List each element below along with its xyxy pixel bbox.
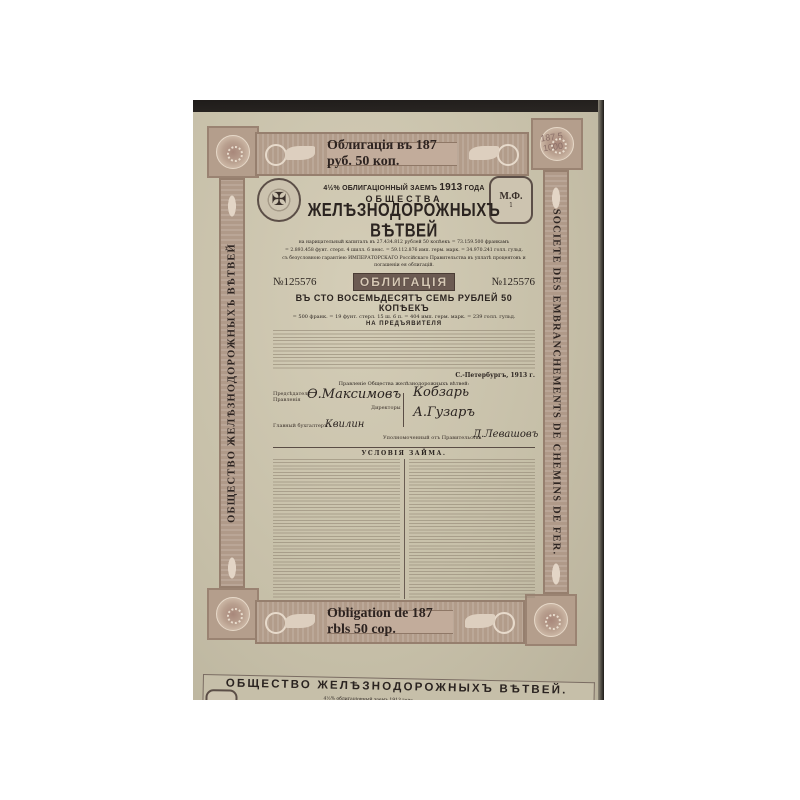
right-side-text: SOCIETE DES EMBRANCHEMENTS DE CHEMINS DE… [551,209,562,556]
scroll-ornament-icon [263,140,319,168]
company-name: ЖЕЛѢЗНОДОРОЖНЫХЪ ВѢТВЕЙ [273,201,535,242]
capital-line: = 2.893.458 фунт. стерл. 4 шилл. 6 пенс.… [273,247,535,254]
director-signature-1: Кобзарь [413,385,469,400]
guarantee-line: съ безусловною гарантіею ИМПЕРАТОРСКАГО … [273,255,535,269]
serial-number-left: №125576 [273,276,317,288]
chairman-label: Предсѣдатель Правленія [273,391,301,403]
accountant-signature: Квилин [325,419,364,430]
loan-title: 4½% ОБЛИГАЦІОННЫЙ ЗАЕМЪ 1913 ГОДА [273,182,535,193]
currency-equivalents: = 500 франк. = 19 фунт. стерл. 15 ш. 6 п… [273,314,535,320]
coupon-subtitle: 4½% облигаціонный заемъ 1913 года. [323,697,414,700]
bond-body: 4½% ОБЛИГАЦІОННЫЙ ЗАЕМЪ 1913 ГОДА ОБЩЕСТ… [273,180,535,599]
fine-print-paragraphs [273,330,535,370]
left-side-text: ОБЩЕСТВО ЖЕЛѢЗНОДОРОЖНЫХЪ ВѢТВЕЙ [227,243,238,523]
obligation-heading: ОБЛИГАЦІЯ [353,273,455,291]
top-band-text: Облигація въ 187 руб. 50 коп. [327,142,457,166]
paper-edge-shadow [598,100,604,700]
chief-accountant-label: Главный бухгалтеръ [273,423,327,429]
director-signature-2: А.Гузаръ [413,405,475,420]
coupon-stub: ОБЩЕСТВО ЖЕЛѢЗНОДОРОЖНЫХЪ ВѢТВЕЙ. 4½% об… [202,674,595,700]
corner-rosette-top-left [207,126,259,178]
corner-rosette-bottom-left [207,588,259,640]
signature-area: Предсѣдатель Правленія Ө.Максимовъ Дирек… [273,387,535,445]
coupon-stamp: М.Ф. [205,689,238,700]
palmette-ornament-icon [223,544,241,584]
bottom-denomination-band: Obligation de 187 rbls 50 cop. [255,600,525,644]
bottom-band-text: Obligation de 187 rbls 50 cop. [327,610,453,634]
corner-rosette-bottom-right [525,594,577,646]
bond-photo: 187.5 1000 Облигація въ 187 руб. 50 коп.… [193,100,604,700]
govt-rep-label: Уполномоченный отъ Правительства [383,435,481,441]
terms-columns [273,459,535,599]
scroll-ornament-icon [263,608,319,636]
terms-column-right [409,459,536,599]
serial-number-right: №125576 [492,276,536,288]
serial-row: №125576 ОБЛИГАЦІЯ №125576 [273,273,535,291]
govt-rep-signature: Д.Левашовъ [473,429,538,440]
palmette-ornament-icon [547,550,565,590]
city-date: С.-Петербургъ, 1913 г. [273,372,535,379]
scroll-ornament-icon [465,140,521,168]
coupon-title: ОБЩЕСТВО ЖЕЛѢЗНОДОРОЖНЫХЪ ВѢТВЕЙ. [226,677,568,696]
terms-title: УСЛОВІЯ ЗАЙМА. [273,447,535,457]
top-denomination-band: Облигація въ 187 руб. 50 коп. [255,132,529,176]
palmette-ornament-icon [223,182,241,222]
overprint-stamp: 187.5 1000 [540,131,565,154]
scroll-ornament-icon [461,608,517,636]
bearer-text: НА ПРЕДЪЯВИТЕЛЯ [273,321,535,327]
right-side-band: SOCIETE DES EMBRANCHEMENTS DE CHEMINS DE… [543,170,569,594]
left-side-band: ОБЩЕСТВО ЖЕЛѢЗНОДОРОЖНЫХЪ ВѢТВЕЙ [219,178,245,588]
terms-column-left [273,459,400,599]
signature-bracket [403,393,404,427]
chairman-signature: Ө.Максимовъ [307,387,401,402]
corner-rosette-top-right: 187.5 1000 [531,118,583,170]
amount-text: ВЪ СТО ВОСЕМЬДЕСЯТЪ СЕМЬ РУБЛЕЙ 50 КОПѢЕ… [273,293,535,313]
directors-label: Директоры [371,405,401,411]
bond-certificate: 187.5 1000 Облигація въ 187 руб. 50 коп.… [193,112,600,700]
column-divider [404,459,405,599]
